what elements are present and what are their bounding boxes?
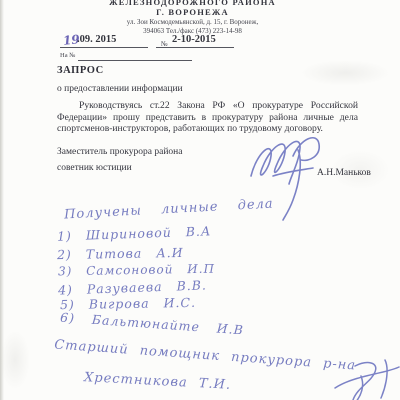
handwritten-item: 6) Бальтюнайте И.В xyxy=(60,310,245,338)
handwritten-item: 3) Самсоновой И.П xyxy=(58,262,215,279)
number-underline xyxy=(156,47,234,48)
reference-number-label: На № xyxy=(60,52,75,59)
letterhead: ЖЕЛЕЗНОДОРОЖНОГО РАЙОНА Г. ВОРОНЕЖА ул. … xyxy=(55,0,330,35)
signoff-position-line1: Заместитель прокурора района xyxy=(57,147,182,157)
request-body: Руководствуясь ст.22 Закона РФ «О прокур… xyxy=(57,100,358,135)
scan-edge-artifact xyxy=(0,0,4,400)
handwritten-closing-name: Хрестникова Т.И. xyxy=(84,370,232,393)
signoff-position-line2: советник юстиции xyxy=(57,163,132,173)
handwritten-item: 5) Вигрова И.С. xyxy=(60,295,196,312)
reference-underline xyxy=(78,60,192,61)
date-underline xyxy=(60,47,148,48)
handwritten-item: 2) Титова А.И xyxy=(57,245,184,262)
typed-date: .09. 2015 xyxy=(77,34,116,45)
closing-signature-mark xyxy=(295,358,400,400)
outgoing-number-value: 2-10-2015 xyxy=(172,34,216,45)
letterhead-address: ул. Зои Космодемьянской, д. 15, г. Ворон… xyxy=(55,18,330,26)
request-title: ЗАПРОС xyxy=(57,65,104,76)
handwritten-item: 1) Шириновой В.А xyxy=(57,223,212,243)
scanned-document-page: ЖЕЛЕЗНОДОРОЖНОГО РАЙОНА Г. ВОРОНЕЖА ул. … xyxy=(0,0,400,400)
scan-smudge xyxy=(300,60,390,86)
letterhead-city-line: Г. ВОРОНЕЖА xyxy=(55,8,330,18)
request-subtitle: о предоставлении информации xyxy=(57,84,183,94)
scan-smudge xyxy=(0,330,30,390)
